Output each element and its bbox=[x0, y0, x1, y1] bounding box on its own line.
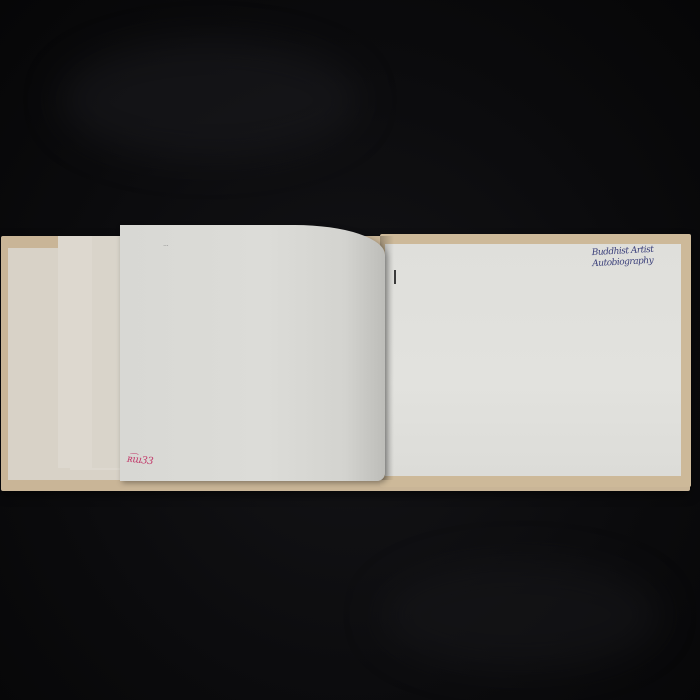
right-page bbox=[385, 244, 681, 476]
ink-mark bbox=[394, 270, 396, 284]
fabric-fold bbox=[60, 40, 360, 160]
pencil-mark: ... bbox=[163, 240, 168, 248]
curled-page[interactable] bbox=[120, 225, 385, 481]
handwritten-label: Buddhist Artist Autobiography bbox=[591, 244, 672, 270]
fabric-fold bbox=[380, 560, 660, 670]
